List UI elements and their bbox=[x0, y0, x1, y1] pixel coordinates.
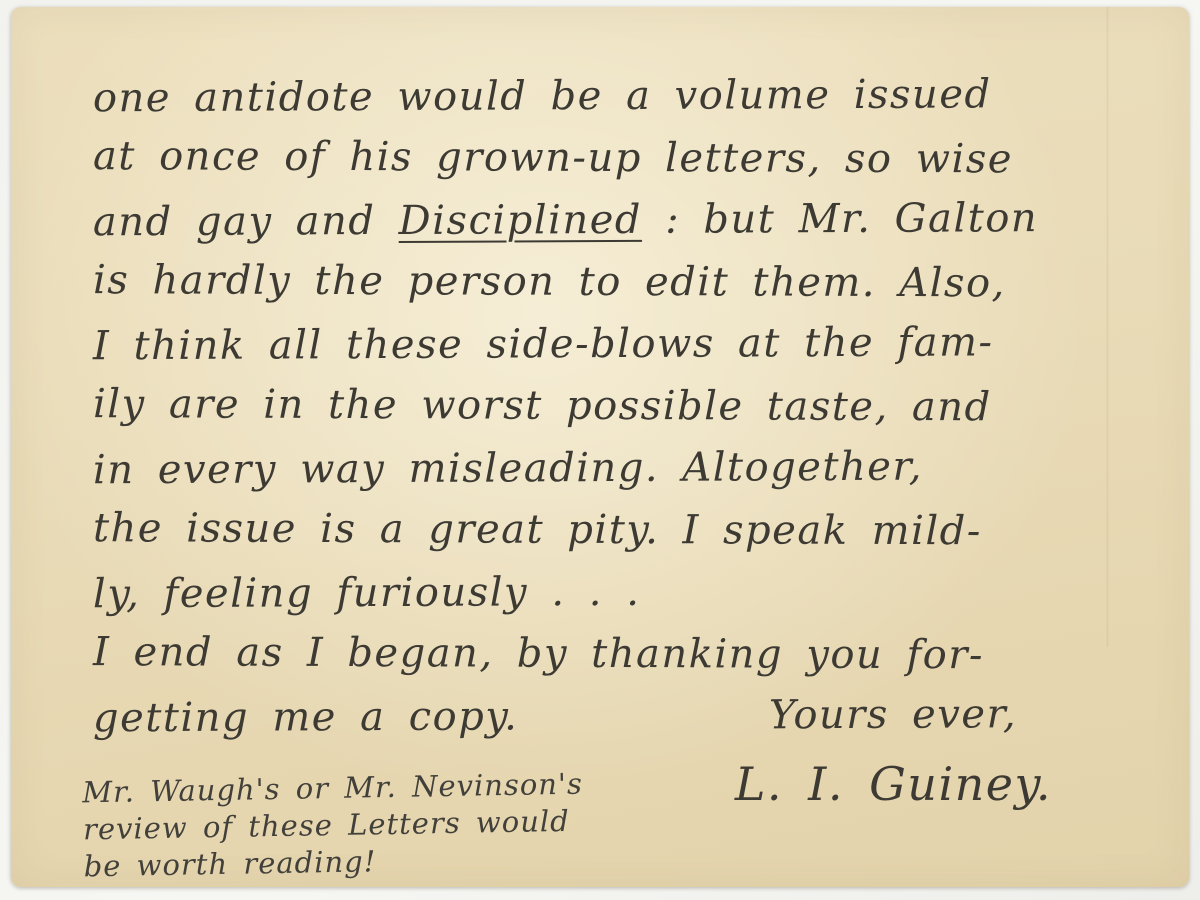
closing-row: getting me a copy. Yours ever, bbox=[93, 683, 1147, 750]
body-line: I end as I began, by thanking you for- bbox=[93, 621, 1147, 687]
body-line-segment: getting me a copy. bbox=[93, 685, 519, 749]
postscript-line: be worth reading! bbox=[83, 840, 584, 886]
scan-background: one antidote would be a volume issued at… bbox=[0, 0, 1200, 900]
body-line-segment: and gay and bbox=[93, 198, 399, 245]
body-line: one antidote would be a volume issued bbox=[93, 63, 1147, 130]
letter-page: one antidote would be a volume issued at… bbox=[11, 7, 1189, 887]
postscript: Mr. Waugh's or Mr. Nevinson's review of … bbox=[82, 766, 584, 886]
underlined-word: Disciplined bbox=[399, 197, 643, 244]
closing-phrase: Yours ever, bbox=[769, 683, 1017, 746]
body-line: at once of his grown-up letters, so wise bbox=[93, 125, 1147, 191]
body-line: is hardly the person to edit them. Also, bbox=[93, 249, 1147, 315]
body-line: ly, feeling furiously . . . bbox=[93, 559, 1147, 626]
letter-body: one antidote would be a volume issued at… bbox=[93, 65, 1147, 815]
body-line: ily are in the worst possible taste, and bbox=[93, 373, 1147, 439]
body-line: and gay and Disciplined : but Mr. Galton bbox=[93, 187, 1147, 254]
body-line: I think all these side-blows at the fam- bbox=[93, 311, 1147, 378]
body-line-segment: : but Mr. Galton bbox=[642, 195, 1038, 243]
body-line: in every way misleading. Altogether, bbox=[93, 435, 1147, 502]
body-line: the issue is a great pity. I speak mild- bbox=[93, 497, 1147, 563]
